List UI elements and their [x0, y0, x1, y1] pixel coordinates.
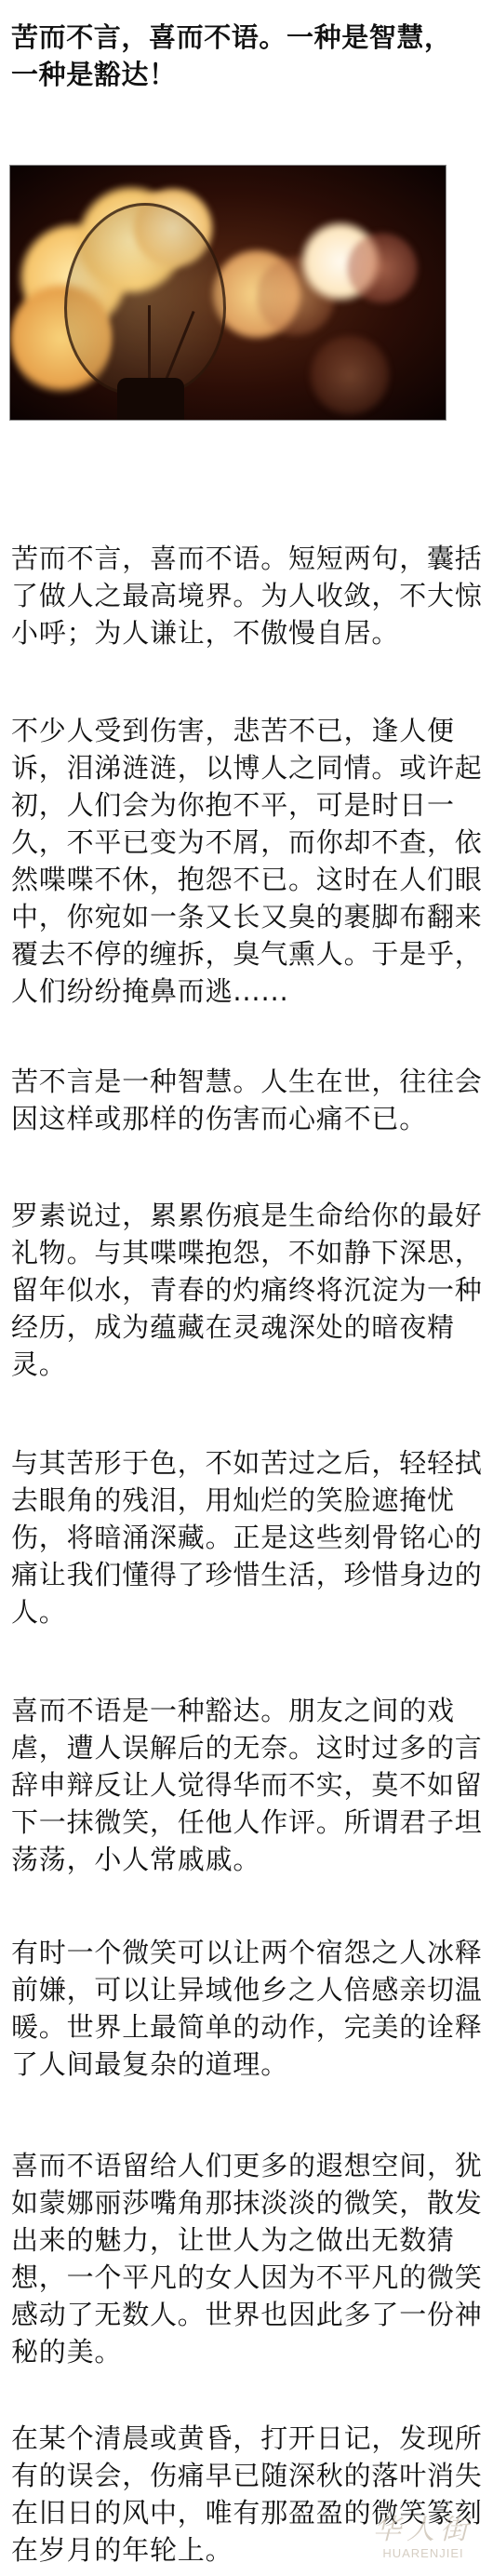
lightbulb-base — [117, 378, 184, 421]
paragraph: 苦不言是一种智慧。人生在世，往往会因这样或那样的伤害而心痛不已。 — [11, 1063, 486, 1137]
watermark-chinese: 华人街 — [358, 2515, 488, 2546]
bokeh-light — [308, 333, 392, 417]
paragraph: 喜而不语是一种豁达。朋友之间的戏虐，遭人误解后的无奈。这时过多的言辞申辩反让人觉… — [11, 1692, 486, 1878]
watermark-latin: HUARENJIEI — [358, 2546, 488, 2561]
article-title: 苦而不言，喜而不语。一种是智慧，一种是豁达！ — [11, 19, 476, 93]
bokeh-light — [345, 231, 420, 305]
paragraph: 有时一个微笑可以让两个宿怨之人冰释前嫌，可以让异域他乡之人倍感亲切温暖。世界上最… — [11, 1934, 486, 2083]
paragraph: 与其苦形于色，不如苦过之后，轻轻拭去眼角的残泪，用灿烂的笑脸遮掩忧伤，将暗涌深藏… — [11, 1444, 486, 1630]
paragraph: 喜而不语留给人们更多的遐想空间，犹如蒙娜丽莎嘴角那抹淡淡的微笑，散发出来的魅力，… — [11, 2147, 486, 2370]
lightbulb-image — [9, 165, 446, 421]
paragraph: 苦而不言，喜而不语。短短两句，囊括了做人之最高境界。为人收敛，不大惊小呼；为人谦… — [11, 540, 486, 651]
paragraph: 罗素说过，累累伤痕是生命给你的最好礼物。与其喋喋抱怨，不如静下深思，留年似水，青… — [11, 1197, 486, 1383]
lightbulb-filament — [148, 305, 151, 389]
site-watermark: 华人街 HUARENJIEI — [358, 2515, 488, 2570]
paragraph: 不少人受到伤害，悲苦不已，逢人便诉，泪涕涟涟，以博人之同情。或许起初，人们会为你… — [11, 712, 486, 1010]
